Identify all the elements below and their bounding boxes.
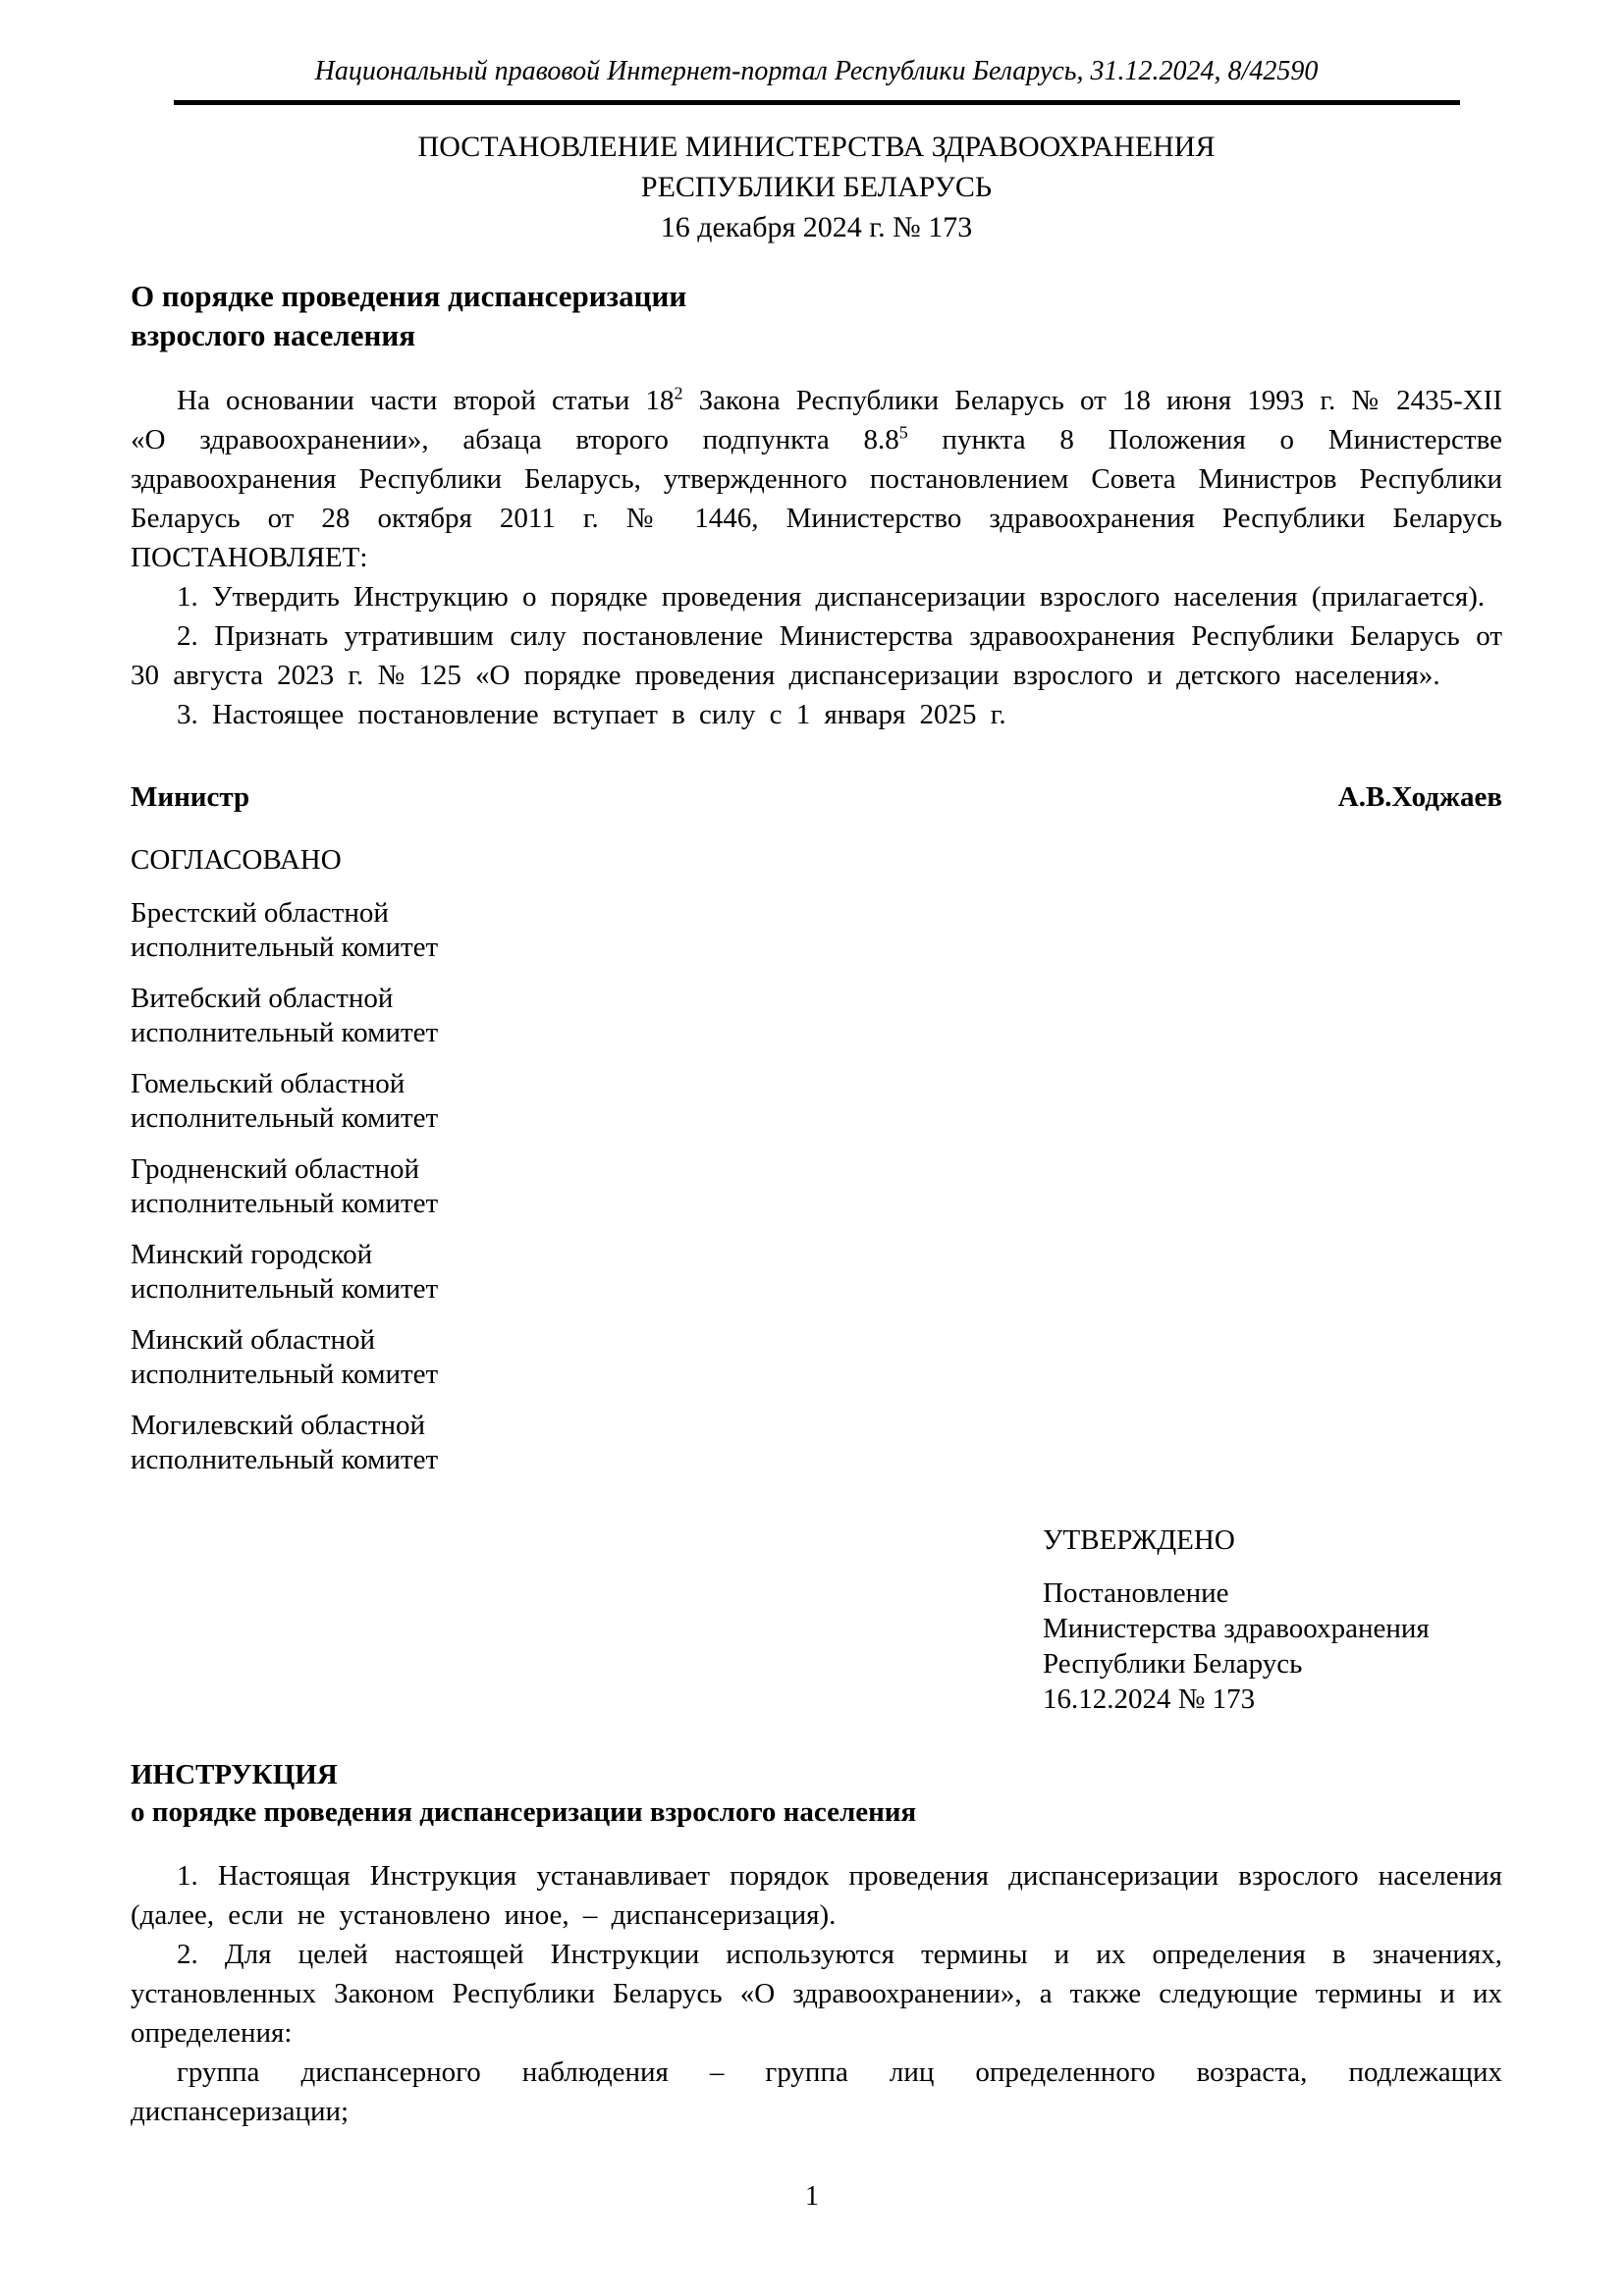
document-header: ПОСТАНОВЛЕНИЕ МИНИСТЕРСТВА ЗДРАВООХРАНЕН…: [131, 127, 1502, 247]
committee-item-minsk-city: Минский городской исполнительный комитет: [131, 1238, 1502, 1307]
committee-name: Витебский областной: [131, 982, 1502, 1016]
committee-descriptor: исполнительный комитет: [131, 1016, 1502, 1050]
document-title: О порядке проведения диспансеризации взр…: [131, 277, 1502, 355]
committee-name: Могилевский областной: [131, 1409, 1502, 1443]
committee-name: Минский областной: [131, 1323, 1502, 1358]
committee-descriptor: исполнительный комитет: [131, 1272, 1502, 1307]
instruction-paragraph-2: 2. Для целей настоящей Инструкции исполь…: [131, 1935, 1502, 2053]
resolution-item-1: 1. Утвердить Инструкцию о порядке провед…: [131, 577, 1502, 616]
document-page: Национальный правовой Интернет-портал Ре…: [0, 0, 1624, 2296]
committee-name: Минский городской: [131, 1238, 1502, 1272]
approved-stamp-label: УТВЕРЖДЕНО: [1043, 1522, 1502, 1558]
committee-descriptor: исполнительный комитет: [131, 1358, 1502, 1392]
committee-descriptor: исполнительный комитет: [131, 1187, 1502, 1221]
document-title-line-2: взрослого населения: [131, 316, 1502, 355]
committee-item-brest: Брестский областной исполнительный комит…: [131, 896, 1502, 965]
committee-descriptor: исполнительный комитет: [131, 1443, 1502, 1477]
instruction-heading-word: ИНСТРУКЦИЯ: [131, 1756, 1502, 1793]
instruction-section: ИНСТРУКЦИЯ о порядке проведения диспансе…: [131, 1756, 1502, 2131]
document-header-line-authority: ПОСТАНОВЛЕНИЕ МИНИСТЕРСТВА ЗДРАВООХРАНЕН…: [131, 127, 1502, 167]
instruction-paragraph-3: группа диспансерного наблюдения – группа…: [131, 2053, 1502, 2131]
approval-committee-list: Брестский областной исполнительный комит…: [131, 896, 1502, 1477]
committee-descriptor: исполнительный комитет: [131, 931, 1502, 965]
document-header-line-date-number: 16 декабря 2024 г. № 173: [131, 207, 1502, 247]
signature-role: Министр: [131, 777, 249, 817]
footnote-superscript-2: 5: [899, 422, 908, 442]
approved-stamp-line-4: 16.12.2024 № 173: [1043, 1682, 1502, 1717]
instruction-paragraph-1: 1. Настоящая Инструкция устанавливает по…: [131, 1856, 1502, 1935]
document-header-line-republic: РЕСПУБЛИКИ БЕЛАРУСЬ: [131, 167, 1502, 207]
footnote-superscript-1: 2: [675, 383, 683, 402]
committee-descriptor: исполнительный комитет: [131, 1101, 1502, 1136]
approved-stamp-line-2: Министерства здравоохранения: [1043, 1611, 1502, 1646]
committee-item-gomel: Гомельский областной исполнительный коми…: [131, 1067, 1502, 1136]
approved-stamp-line-1: Постановление: [1043, 1575, 1502, 1611]
committee-name: Брестский областной: [131, 896, 1502, 931]
approved-stamp-block: УТВЕРЖДЕНО Постановление Министерства зд…: [1043, 1522, 1502, 1717]
resolution-item-3: 3. Настоящее постановление вступает в си…: [131, 695, 1502, 734]
approved-stamp-line-3: Республики Беларусь: [1043, 1646, 1502, 1682]
committee-item-mogilev: Могилевский областной исполнительный ком…: [131, 1409, 1502, 1477]
signature-row: Министр А.В.Ходжаев: [131, 777, 1502, 817]
committee-name: Гомельский областной: [131, 1067, 1502, 1101]
preamble-paragraph: На основании части второй статьи 182 Зак…: [131, 381, 1502, 577]
committee-item-minsk-region: Минский областной исполнительный комитет: [131, 1323, 1502, 1392]
approval-label: СОГЛАСОВАНО: [131, 840, 1502, 880]
signature-name: А.В.Ходжаев: [1338, 777, 1502, 817]
portal-running-header: Национальный правовой Интернет-портал Ре…: [174, 55, 1460, 105]
instruction-subheading: о порядке проведения диспансеризации взр…: [131, 1793, 1502, 1831]
committee-name: Гродненский областной: [131, 1152, 1502, 1187]
resolution-item-2: 2. Признать утратившим силу постановлени…: [131, 616, 1502, 695]
document-title-line-1: О порядке проведения диспансеризации: [131, 277, 1502, 316]
preamble-segment-1: На основании части второй статьи 18: [177, 385, 675, 416]
committee-item-vitebsk: Витебский областной исполнительный комит…: [131, 982, 1502, 1050]
instruction-heading: ИНСТРУКЦИЯ о порядке проведения диспансе…: [131, 1756, 1502, 1831]
committee-item-grodno: Гродненский областной исполнительный ком…: [131, 1152, 1502, 1221]
page-number: 1: [0, 2181, 1624, 2213]
